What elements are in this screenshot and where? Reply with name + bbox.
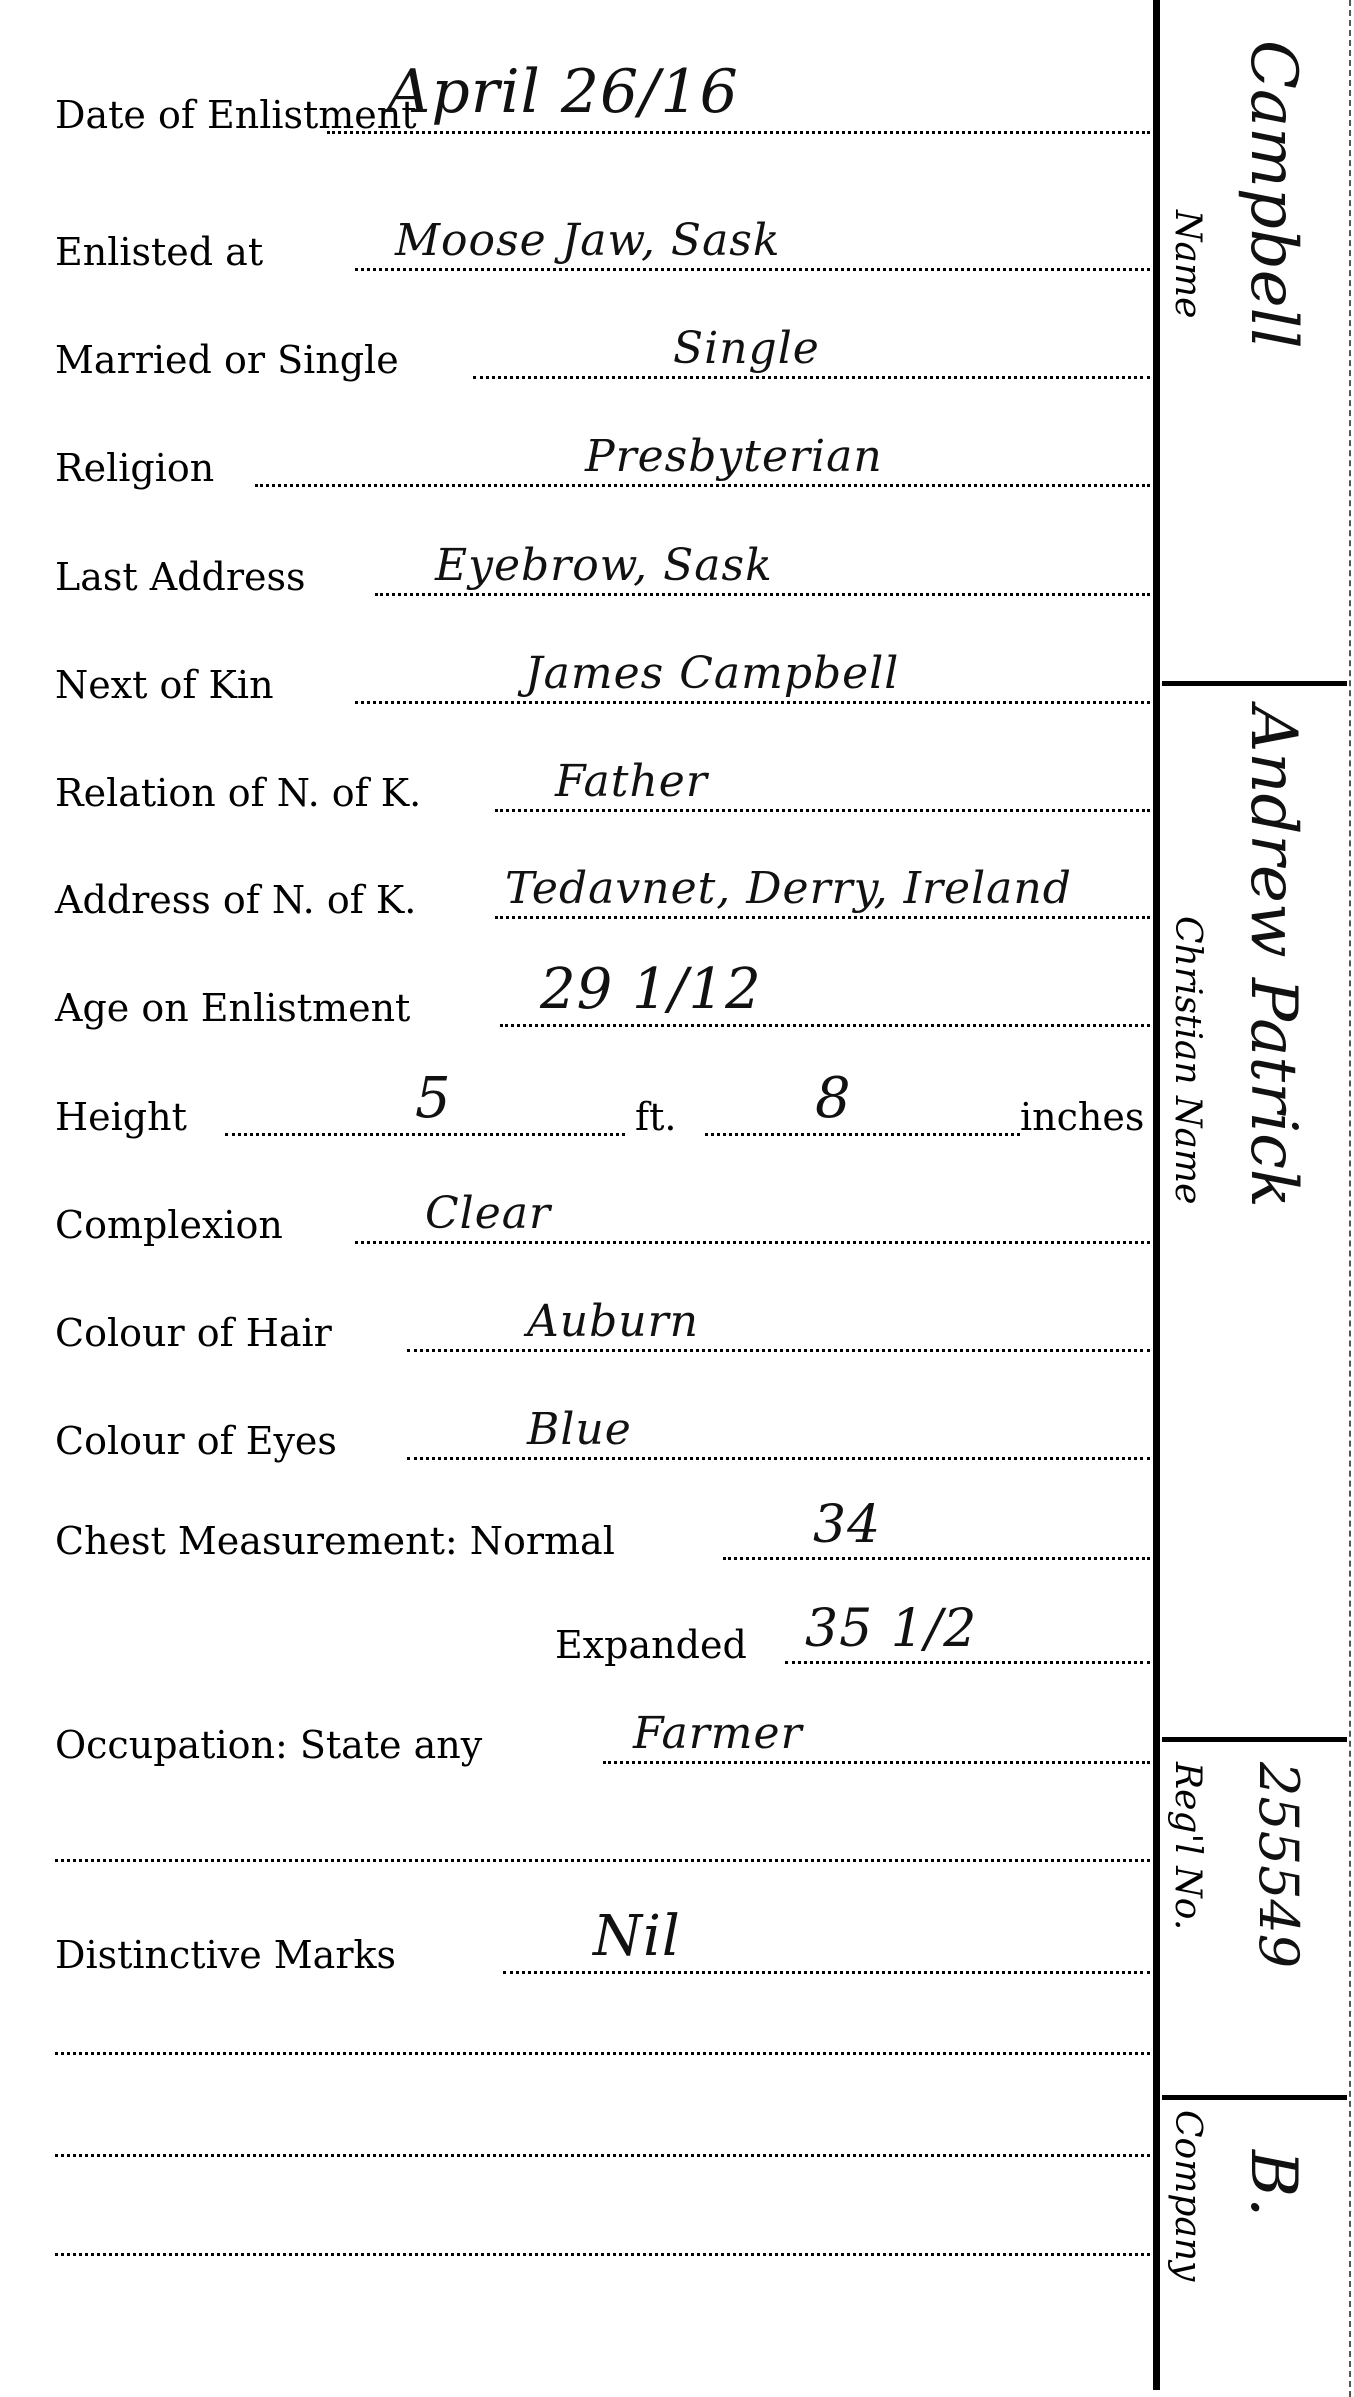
side-label-regt-no: Reg'l No.	[1167, 1762, 1208, 1930]
field-label: Height	[55, 1095, 187, 1139]
field-colour-of-eyes: Colour of Eyes Blue	[55, 1406, 1150, 1466]
side-value-company: B.	[1236, 2150, 1310, 2217]
dotted-line: James Campbell	[355, 701, 1150, 704]
handwritten-value: James Campbell	[525, 648, 899, 699]
field-label: Expanded	[555, 1623, 747, 1667]
dotted-line: Farmer	[603, 1761, 1150, 1764]
field-label: Distinctive Marks	[55, 1933, 396, 1977]
dotted-line-blank-3	[55, 2253, 1150, 2256]
side-section-company: Company B.	[1160, 2100, 1348, 2397]
field-label: Relation of N. of K.	[55, 771, 421, 815]
field-label: Enlisted at	[55, 230, 263, 274]
handwritten-value: Tedavnet, Derry, Ireland	[505, 863, 1072, 914]
field-label: Married or Single	[55, 338, 399, 382]
field-label: Colour of Hair	[55, 1311, 332, 1355]
field-complexion: Complexion Clear	[55, 1190, 1150, 1250]
dotted-line-occupation-continued	[55, 1859, 1150, 1862]
field-occupation: Occupation: State any Farmer	[55, 1710, 1150, 1770]
handwritten-feet-value: 5	[415, 1066, 452, 1131]
field-label: Next of Kin	[55, 663, 274, 707]
field-chest-normal: Chest Measurement: Normal 34	[55, 1506, 1150, 1566]
handwritten-value: Clear	[425, 1188, 551, 1239]
dotted-line: Blue	[407, 1457, 1150, 1460]
handwritten-inches-value: 8	[815, 1066, 852, 1131]
dotted-line: April 26/16	[327, 131, 1150, 134]
field-next-of-kin: Next of Kin James Campbell	[55, 650, 1150, 710]
side-label-company: Company	[1167, 2110, 1208, 2281]
field-relation-of-next-of-kin: Relation of N. of K. Father	[55, 758, 1150, 818]
dotted-line: 34	[723, 1557, 1150, 1560]
field-label: Chest Measurement: Normal	[55, 1519, 615, 1563]
card-right-edge	[1349, 0, 1351, 2397]
handwritten-value: Single	[673, 323, 820, 374]
enlistment-form: Date of Enlistment April 26/16 Enlisted …	[0, 0, 1150, 2397]
side-value-regt-no: 255549	[1247, 1762, 1310, 1968]
field-label: Complexion	[55, 1203, 283, 1247]
side-label-name: Name	[1167, 210, 1208, 318]
dotted-line: Auburn	[407, 1349, 1150, 1352]
field-last-address: Last Address Eyebrow, Sask	[55, 542, 1150, 602]
field-age-on-enlistment: Age on Enlistment 29 1/12	[55, 973, 1150, 1033]
inches-unit-label: inches	[1020, 1095, 1144, 1139]
field-height: Height 5 ft. 8 inches	[55, 1082, 1150, 1142]
handwritten-value: Father	[555, 756, 708, 807]
dotted-line-inches: 8	[705, 1133, 1020, 1136]
handwritten-value: Moose Jaw, Sask	[395, 215, 781, 266]
side-section-name: Name Campbell	[1160, 0, 1348, 680]
feet-unit-label: ft.	[635, 1095, 676, 1139]
handwritten-value: Farmer	[633, 1708, 803, 1759]
side-section-christian-name: Christian Name Andrew Patrick	[1160, 686, 1348, 1736]
handwritten-value: Blue	[527, 1404, 632, 1455]
dotted-line-feet: 5	[225, 1133, 625, 1136]
dotted-line: Presbyterian	[255, 484, 1150, 487]
side-value-surname: Campbell	[1236, 40, 1310, 349]
handwritten-value: Eyebrow, Sask	[435, 540, 773, 591]
dotted-line: 35 1/2	[785, 1661, 1150, 1664]
field-label: Age on Enlistment	[55, 986, 410, 1030]
handwritten-value: 29 1/12	[540, 957, 762, 1022]
dotted-line-blank-2	[55, 2154, 1150, 2157]
field-label: Address of N. of K.	[55, 878, 416, 922]
dotted-line: Eyebrow, Sask	[375, 593, 1150, 596]
handwritten-value: April 26/16	[387, 57, 739, 127]
dotted-line: Tedavnet, Derry, Ireland	[495, 916, 1150, 919]
handwritten-value: Presbyterian	[585, 431, 883, 482]
field-married-or-single: Married or Single Single	[55, 325, 1150, 385]
dotted-line: Father	[495, 809, 1150, 812]
field-label: Colour of Eyes	[55, 1419, 337, 1463]
handwritten-value: Auburn	[527, 1296, 699, 1347]
field-label: Religion	[55, 446, 214, 490]
side-label-christian-name: Christian Name	[1167, 916, 1208, 1204]
field-label: Occupation: State any	[55, 1723, 482, 1767]
field-religion: Religion Presbyterian	[55, 433, 1150, 493]
handwritten-value: 35 1/2	[805, 1599, 977, 1659]
field-colour-of-hair: Colour of Hair Auburn	[55, 1298, 1150, 1358]
side-section-regt-no: Reg'l No. 255549	[1160, 1742, 1348, 2094]
side-value-christian-name: Andrew Patrick	[1236, 706, 1310, 1208]
dotted-line: Clear	[355, 1241, 1150, 1244]
dotted-line-blank-1	[55, 2052, 1150, 2055]
dotted-line: Nil	[503, 1971, 1150, 1974]
vertical-divider-rule	[1153, 0, 1160, 2390]
field-chest-expanded: Expanded 35 1/2	[555, 1610, 1150, 1670]
field-distinctive-marks: Distinctive Marks Nil	[55, 1920, 1150, 1980]
field-enlisted-at: Enlisted at Moose Jaw, Sask	[55, 217, 1150, 277]
dotted-line: 29 1/12	[500, 1024, 1150, 1027]
dotted-line: Single	[473, 376, 1150, 379]
handwritten-value: Nil	[593, 1904, 681, 1969]
handwritten-value: 34	[813, 1495, 881, 1555]
dotted-line: Moose Jaw, Sask	[355, 268, 1150, 271]
field-address-of-next-of-kin: Address of N. of K. Tedavnet, Derry, Ire…	[55, 865, 1150, 925]
field-label: Last Address	[55, 555, 306, 599]
field-date-of-enlistment: Date of Enlistment April 26/16	[55, 80, 1150, 140]
